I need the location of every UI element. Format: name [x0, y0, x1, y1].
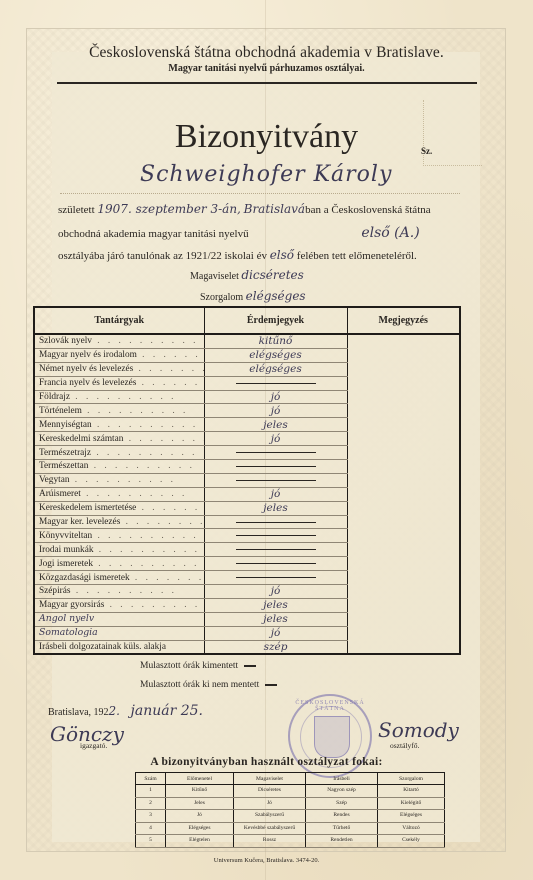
grade-value: jó — [271, 627, 281, 639]
grade-value: elégséges — [249, 349, 301, 361]
scale-cell: Rossz — [234, 835, 306, 848]
scale-header-progress: Előmenetel — [166, 773, 234, 785]
scale-cell: Nagyon szép — [306, 785, 378, 798]
scale-cell: 1 — [136, 785, 166, 798]
scale-row: 1KitűnőDicséretesNagyon szépKitartó — [136, 785, 445, 798]
semester: első — [270, 248, 294, 262]
date-year-digit: 2. — [109, 704, 120, 718]
excused-label: Mulasztott órák kimentett — [140, 661, 238, 671]
subject-cell: Könyvviteltan . . . . . . . . . . — [35, 529, 204, 543]
serial-number-box — [423, 100, 482, 166]
subject-cell: Természettan . . . . . . . . . . — [35, 460, 204, 474]
no-grade-dash — [236, 549, 316, 550]
scale-header-conduct: Magaviselet — [234, 773, 306, 785]
scale-cell: Kielégitő — [378, 797, 445, 810]
birth-suffix: ban a Československá štátna — [305, 204, 431, 216]
grade-cell — [204, 557, 347, 571]
subject-cell: Történelem . . . . . . . . . . — [35, 404, 204, 418]
no-grade-dash — [236, 466, 316, 467]
subject-cell: Irodai munkák . . . . . . . . . . — [35, 543, 204, 557]
leader-dots: . . . . . . . . . . — [82, 406, 188, 416]
leader-dots: . . . . . . . . . . — [93, 559, 199, 569]
serial-label: Sz. — [421, 146, 432, 156]
subject-cell: Természetrajz . . . . . . . . . . — [35, 446, 204, 460]
subject-name: Francia nyelv és levelezés — [39, 378, 136, 388]
grade-cell — [204, 515, 347, 529]
institution-name: Československá štátna obchodná akademia … — [0, 44, 533, 62]
scale-cell: Jeles — [166, 797, 234, 810]
leader-dots: . . . . . . . . . . — [133, 364, 204, 374]
scale-cell: Elégséges — [378, 810, 445, 823]
grade-scale-title: A bizonyitványban használt osztályzat fo… — [0, 756, 533, 768]
diligence-label: Szorgalom — [200, 292, 243, 303]
director-label: igazgató. — [80, 741, 107, 750]
col-header-remarks: Megjegyzés — [347, 308, 459, 334]
subject-name: Német nyelv és levelezés — [39, 364, 133, 374]
diligence-row: Szorgalom elégséges — [200, 289, 306, 303]
grade-cell: jeles — [204, 612, 347, 626]
scale-cell: Elégséges — [166, 822, 234, 835]
leader-dots: . . . . . . . . . . — [92, 420, 198, 430]
grade-cell: jeles — [204, 501, 347, 515]
grade-cell: jó — [204, 404, 347, 418]
leader-dots: . . . . . . . . . . — [81, 489, 187, 499]
subject-cell: Somatologia — [35, 626, 204, 640]
subject-cell: Vegytan . . . . . . . . . . — [35, 473, 204, 487]
scale-cell: Csekély — [378, 835, 445, 848]
scale-cell: Elégtelen — [166, 835, 234, 848]
issue-date: Bratislava, 1922. január 25. — [48, 703, 203, 719]
subject-name: Somatologia — [39, 627, 98, 638]
subject-cell: Szlovák nyelv . . . . . . . . . . — [35, 334, 204, 348]
grade-cell: jeles — [204, 418, 347, 432]
year-line: osztályába járó tanulónak az 1921/22 isk… — [58, 248, 417, 262]
subject-name: Történelem — [39, 406, 82, 416]
leader-dots: . . . . . . . . . . — [88, 461, 194, 471]
conduct-label: Magaviselet — [190, 271, 239, 282]
birth-line: született 1907. szeptember 3-án, Bratisl… — [58, 202, 431, 216]
grade-cell: jeles — [204, 598, 347, 612]
leader-dots: . . . . . . . . . . — [92, 531, 198, 541]
year-mid: iskolai év — [224, 250, 266, 262]
scale-cell: Rendetlen — [306, 835, 378, 848]
grade-value: szép — [264, 641, 288, 653]
subject-name: Földrajz — [39, 392, 70, 402]
subject-cell: Német nyelv és levelezés . . . . . . . .… — [35, 362, 204, 376]
grade-cell: szép — [204, 640, 347, 653]
grade-cell: jó — [204, 585, 347, 599]
grade-cell — [204, 446, 347, 460]
scale-cell: Dicséretes — [234, 785, 306, 798]
grade-cell: elégséges — [204, 348, 347, 362]
leader-dots: . . . . . . . . . . — [104, 600, 204, 610]
subject-name: Angol nyelv — [39, 613, 94, 624]
subject-name: Jogi ismeretek — [39, 559, 93, 569]
scale-cell: Jó — [234, 797, 306, 810]
leader-dots: . . . . . . . . . . — [130, 573, 204, 583]
school-text: obchodná akademia magyar tanitási nyelvű — [58, 228, 249, 240]
subject-name: Kereskedelmi számtan — [39, 434, 123, 444]
subject-name: Kereskedelem ismertetése — [39, 503, 136, 513]
scale-header-number: Szám — [136, 773, 166, 785]
scale-header-diligence: Szorgalom — [378, 773, 445, 785]
subject-name: Magyar gyorsirás — [39, 600, 104, 610]
subject-cell: Közgazdasági ismeretek . . . . . . . . .… — [35, 571, 204, 585]
institution-subtitle: Magyar tanitási nyelvű párhuzamos osztál… — [0, 63, 533, 74]
subject-cell: Szépirás . . . . . . . . . . — [35, 585, 204, 599]
birth-date: 1907. szeptember 3-án, — [97, 202, 240, 216]
leader-dots: . . . . . . . . . . — [123, 434, 204, 444]
school-line: obchodná akademia magyar tanitási nyelvű… — [58, 225, 420, 241]
year-prefix: osztályába járó tanulónak az — [58, 250, 183, 262]
grade-cell — [204, 543, 347, 557]
scale-header-written: Irásbeli — [306, 773, 378, 785]
scale-cell: Rendes — [306, 810, 378, 823]
leader-dots: . . . . . . . . . . — [92, 336, 198, 346]
grade-cell: jó — [204, 432, 347, 446]
coat-of-arms-icon — [314, 716, 350, 758]
no-grade-dash — [236, 383, 316, 384]
scale-cell: Kitűnő — [166, 785, 234, 798]
conduct-value: dicséretes — [241, 268, 303, 282]
subject-cell: Francia nyelv és levelezés . . . . . . .… — [35, 376, 204, 390]
teacher-label: osztályfő. — [390, 741, 419, 750]
grade-cell — [204, 376, 347, 390]
subject-cell: Földrajz . . . . . . . . . . — [35, 390, 204, 404]
table-row: Szlovák nyelv . . . . . . . . . .kitűnő — [35, 334, 459, 348]
grade-cell: jó — [204, 390, 347, 404]
subject-name: Magyar ker. levelezés — [39, 517, 120, 527]
grade-value: jó — [271, 585, 281, 597]
subject-cell: Kereskedelem ismertetése . . . . . . . .… — [35, 501, 204, 515]
subject-name: Vegytan — [39, 475, 69, 485]
scale-row: 3JóSzabályszerűRendesElégséges — [136, 810, 445, 823]
grade-value: jó — [271, 391, 281, 403]
grade-scale-table: Szám Előmenetel Magaviselet Irásbeli Szo… — [135, 772, 445, 848]
leader-dots: . . . . . . . . . . — [93, 545, 199, 555]
scale-cell: Változó — [378, 822, 445, 835]
grades-table: Tantárgyak Érdemjegyek Megjegyzés Szlová… — [33, 306, 461, 655]
subject-cell: Magyar gyorsirás . . . . . . . . . . — [35, 598, 204, 612]
subject-cell: Magyar nyelv és irodalom . . . . . . . .… — [35, 348, 204, 362]
no-grade-dash — [236, 480, 316, 481]
teacher-signature: Somody — [378, 718, 459, 742]
leader-dots: . . . . . . . . . . — [136, 378, 204, 388]
unexcused-absences: Mulasztott órák ki nem mentett — [140, 680, 277, 690]
grade-value: kitűnő — [259, 335, 293, 347]
grade-value: jeles — [263, 502, 287, 514]
birth-prefix: született — [58, 204, 95, 216]
grade-value: jó — [271, 405, 281, 417]
subject-name: Magyar nyelv és irodalom — [39, 350, 137, 360]
date-place: Bratislava, 192 — [48, 707, 109, 718]
leader-dots: . . . . . . . . . . — [71, 586, 177, 596]
no-grade-dash — [236, 452, 316, 453]
remarks-cell — [347, 334, 459, 653]
scale-cell: Szabályszerű — [234, 810, 306, 823]
grade-cell — [204, 529, 347, 543]
class-name: első (A.) — [361, 225, 419, 241]
no-grade-dash — [236, 563, 316, 564]
leader-dots: . . . . . . . . . . — [70, 392, 176, 402]
col-header-grades: Érdemjegyek — [204, 308, 347, 334]
subject-cell: Kereskedelmi számtan . . . . . . . . . . — [35, 432, 204, 446]
subject-cell: Magyar ker. levelezés . . . . . . . . . … — [35, 515, 204, 529]
name-dotted-line — [60, 192, 460, 194]
grade-value: jó — [271, 488, 281, 500]
subject-name: Szépirás — [39, 586, 71, 596]
student-name: Schweighofer Károly — [140, 162, 400, 187]
subject-name: Könyvviteltan — [39, 531, 92, 541]
grade-cell — [204, 460, 347, 474]
leader-dots: . . . . . . . . . . — [137, 350, 204, 360]
birth-place: Bratislavá — [244, 202, 305, 216]
subject-name: Irásbeli dolgozatainak küls. alakja — [39, 642, 166, 652]
subject-cell: Irásbeli dolgozatainak küls. alakja — [35, 640, 204, 653]
grade-cell: kitűnő — [204, 334, 347, 348]
scale-row: 4ElégségesKevésbbé szabályszerűTűrhetőVá… — [136, 822, 445, 835]
scale-cell: 3 — [136, 810, 166, 823]
leader-dots: . . . . . . . . . . — [91, 448, 197, 458]
date-month-day: január 25. — [131, 703, 203, 719]
no-grade-dash — [236, 522, 316, 523]
subject-name: Szlovák nyelv — [39, 336, 92, 346]
subject-name: Arúismeret — [39, 489, 81, 499]
scale-row: 2JelesJóSzépKielégitő — [136, 797, 445, 810]
excused-absences: Mulasztott órák kimentett — [140, 661, 256, 671]
scale-cell: Kevésbbé szabályszerű — [234, 822, 306, 835]
header-rule — [57, 82, 477, 84]
conduct-row: Magaviselet dicséretes — [190, 268, 304, 282]
subject-name: Irodai munkák — [39, 545, 93, 555]
scale-cell: 4 — [136, 822, 166, 835]
subject-name: Közgazdasági ismeretek — [39, 573, 130, 583]
col-header-subjects: Tantárgyak — [35, 308, 204, 334]
grade-cell: jó — [204, 626, 347, 640]
scale-cell: 2 — [136, 797, 166, 810]
scale-cell: Kitartó — [378, 785, 445, 798]
subject-name: Mennyiségtan — [39, 420, 92, 430]
no-grade-dash — [236, 577, 316, 578]
grade-cell: jó — [204, 487, 347, 501]
subject-name: Természetrajz — [39, 448, 91, 458]
subject-cell: Jogi ismeretek . . . . . . . . . . — [35, 557, 204, 571]
leader-dots: . . . . . . . . . . — [120, 517, 204, 527]
grade-value: jeles — [263, 419, 287, 431]
grade-value: elégséges — [249, 363, 301, 375]
scale-cell: 5 — [136, 835, 166, 848]
grade-cell — [204, 473, 347, 487]
year-suffix: felében tett előmeneteléről. — [297, 250, 417, 262]
printer-footer: Universum Kučera, Bratislava. 3474-20. — [0, 857, 533, 864]
grade-value: jeles — [263, 613, 287, 625]
unexcused-value-dash — [265, 684, 277, 686]
subject-cell: Arúismeret . . . . . . . . . . — [35, 487, 204, 501]
excused-value-dash — [244, 665, 256, 667]
subject-cell: Angol nyelv — [35, 612, 204, 626]
grade-value: jeles — [263, 599, 287, 611]
scale-row: 5ElégtelenRosszRendetlenCsekély — [136, 835, 445, 848]
scale-cell: Szép — [306, 797, 378, 810]
leader-dots: . . . . . . . . . . — [136, 503, 204, 513]
unexcused-label: Mulasztott órák ki nem mentett — [140, 680, 259, 690]
leader-dots: . . . . . . . . . . — [69, 475, 175, 485]
grade-cell: elégséges — [204, 362, 347, 376]
scale-cell: Jó — [166, 810, 234, 823]
no-grade-dash — [236, 535, 316, 536]
scale-cell: Tűrhető — [306, 822, 378, 835]
school-year: 1921/22 — [186, 250, 222, 262]
diligence-value: elégséges — [246, 289, 306, 303]
subject-cell: Mennyiségtan . . . . . . . . . . — [35, 418, 204, 432]
subject-name: Természettan — [39, 461, 88, 471]
grade-value: jó — [271, 433, 281, 445]
grade-cell — [204, 571, 347, 585]
